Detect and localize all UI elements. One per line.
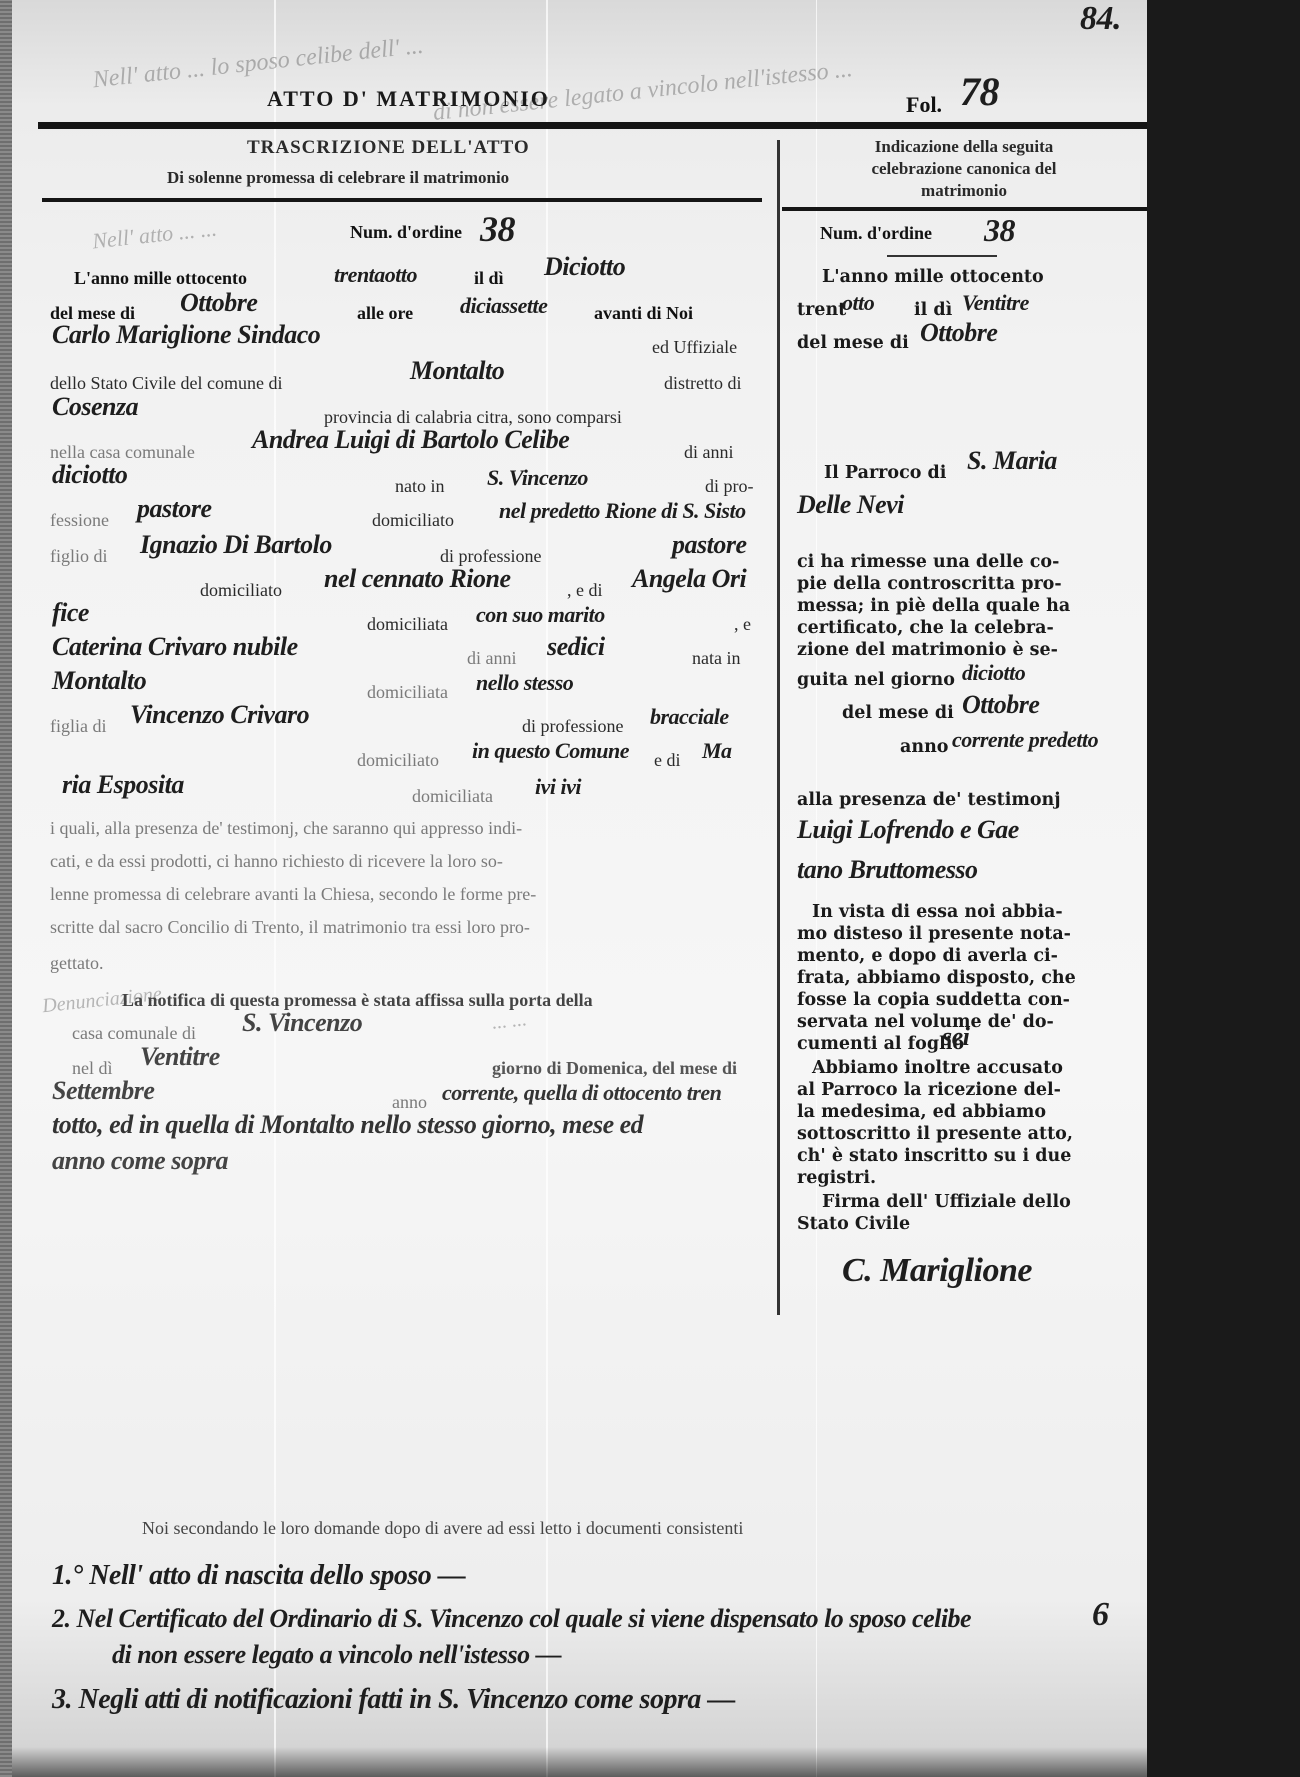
cert-line: guita nel giorno	[797, 670, 955, 690]
hand-notifica-month: Settembre	[52, 1076, 154, 1106]
hand-year: trentaotto	[334, 262, 417, 288]
hand-notifica-year: corrente, quella di ottocento tren	[442, 1080, 721, 1106]
right-heading-line: matrimonio	[794, 180, 1134, 202]
right-year-label: L'anno mille ottocento	[822, 267, 1044, 287]
folio-label: Fol.	[906, 92, 942, 118]
hand-bride-mother-domicile: ivi ivi	[535, 774, 581, 800]
printed-profession-end: fessione	[50, 510, 109, 531]
printed-bride-born-label: nata in	[692, 648, 740, 669]
paragraph-line: gettato.	[50, 953, 103, 974]
cert-line: ci ha rimesse una delle co-	[797, 552, 1059, 572]
printed-commune-label: dello Stato Civile del comune di	[50, 373, 282, 394]
num-ordine-label: Num. d'ordine	[350, 222, 462, 243]
hand-celebration-year: corrente predetto	[952, 727, 1098, 753]
paragraph-line: scritte dal sacro Concilio di Trento, il…	[50, 917, 530, 938]
cert-line: certificato, che la celebra-	[797, 618, 1054, 638]
vista-line: fosse la copia suddetta con-	[797, 990, 1070, 1010]
hand-groom-age: diciotto	[52, 460, 127, 490]
hand-groom-name: Andrea Luigi di Bartolo Celibe	[252, 425, 569, 455]
paragraph-line: cati, e da essi prodotti, ci hanno richi…	[50, 851, 503, 872]
printed-son-of-label: figlio di	[50, 546, 108, 567]
hand-bride-mother-start: Ma	[702, 738, 732, 764]
printed-daughter-of-label: figlia di	[50, 716, 107, 737]
right-num-ordine-label: Num. d'ordine	[820, 223, 932, 244]
firma-label: Firma dell' Uffiziale dello	[822, 1192, 1071, 1212]
column-divider	[777, 140, 780, 1315]
scan-left-edge	[0, 0, 12, 1777]
hand-right-month: Ottobre	[920, 318, 997, 348]
printed-born-label: nato in	[395, 476, 445, 497]
hand-father-domicile: nel cennato Rione	[324, 564, 511, 594]
footer-document-item: 3. Negli atti di notificazioni fatti in …	[52, 1684, 735, 1716]
header-rule	[38, 122, 1147, 129]
printed-age-label: di anni	[684, 442, 734, 463]
hand-celebration-day: diciotto	[962, 660, 1025, 686]
document-page: Nell' atto ... lo sposo celibe dell' ...…	[12, 0, 1147, 1777]
hand-bride-father: Vincenzo Crivaro	[130, 700, 309, 730]
right-heading-line: Indicazione della seguita	[794, 136, 1134, 158]
scan-bottom-shadow	[12, 1747, 1147, 1777]
hand-mother-domicile: con suo marito	[476, 602, 605, 628]
footer-item-tail: 6	[1092, 1596, 1109, 1634]
printed-father-domicile-label: domiciliato	[200, 580, 282, 601]
hand-right-year: otto	[842, 290, 874, 316]
paragraph-line: lenne promessa di celebrare avanti la Ch…	[50, 884, 536, 905]
printed-day-label: il dì	[474, 268, 504, 289]
official-signature: C. Mariglione	[842, 1252, 1032, 1290]
vista-line: cumenti al foglio	[797, 1034, 964, 1054]
accusato-line: ch' è stato inscritto su i due	[797, 1146, 1071, 1166]
hand-hour: diciassette	[460, 293, 547, 319]
printed-mother-domicile-label: domiciliata	[367, 614, 448, 635]
document-title: ATTO D' MATRIMONIO	[267, 86, 550, 112]
hand-commune: Montalto	[410, 356, 504, 386]
vista-line: frata, abbiamo disposto, che	[797, 968, 1076, 988]
right-heading-line: celebrazione canonica del	[794, 158, 1134, 180]
hand-parish: S. Maria	[967, 446, 1057, 476]
right-year-label-2: trent	[797, 300, 846, 320]
hand-witnesses-2: tano Bruttomesso	[797, 855, 978, 885]
vista-line: mento, e dopo di averla ci-	[797, 946, 1058, 966]
hand-bride-age: sedici	[547, 632, 605, 662]
vista-line: In vista di essa noi abbia-	[812, 902, 1063, 922]
right-num-ordine-value: 38	[984, 212, 1015, 249]
hand-witnesses-1: Luigi Lofrendo e Gae	[797, 815, 1019, 845]
accusato-line: Abbiamo inoltre accusato	[812, 1058, 1063, 1078]
hand-groom-father: Ignazio Di Bartolo	[140, 530, 332, 560]
printed-domicile-label: domiciliato	[372, 510, 454, 531]
hand-district: Cosenza	[52, 392, 138, 422]
folio-number: 78	[960, 68, 999, 115]
cert-line: messa; in piè della quale ha	[797, 596, 1070, 616]
hand-day: Diciotto	[544, 252, 625, 282]
celebration-month-label: del mese di	[842, 703, 954, 723]
parroco-label: Il Parroco di	[824, 463, 946, 483]
right-day-label: il dì	[914, 300, 952, 320]
notifica-commune-label: casa comunale di	[72, 1023, 196, 1044]
right-short-rule	[887, 255, 997, 257]
hand-notifica-commune: S. Vincenzo	[242, 1008, 362, 1038]
hand-groom-domicile: nel predetto Rione di S. Sisto	[499, 498, 746, 524]
notifica-sunday-label: giorno di Domenica, del mese di	[492, 1058, 737, 1079]
hand-bride-father-domicile: in questo Comune	[472, 738, 629, 764]
scan-artifact-line	[816, 0, 817, 1777]
printed-bride-and-of-label: e di	[654, 750, 681, 771]
printed-and-of-label: , e di	[567, 580, 603, 601]
hand-officer-name: Carlo Mariglione Sindaco	[52, 320, 320, 350]
footer-document-item: 2. Nel Certificato del Ordinario di S. V…	[52, 1604, 971, 1634]
hand-bride-domicile: nello stesso	[476, 670, 573, 696]
left-heading-transcription: TRASCRIZIONE DELL'ATTO	[247, 137, 530, 159]
printed-bride-mother-domicile-label: domiciliata	[412, 786, 493, 807]
accusato-line: la medesima, ed abbiamo	[797, 1102, 1046, 1122]
hand-bride-birthplace: Montalto	[52, 666, 146, 696]
cert-line: zione del matrimonio è se-	[797, 640, 1058, 660]
hand-notifica-end: anno come sopra	[52, 1146, 228, 1176]
hand-parish-2: Delle Nevi	[797, 490, 904, 520]
printed-bride-age-label: di anni	[467, 648, 517, 669]
right-heading-rule	[782, 207, 1147, 211]
left-heading-subtitle: Di solenne promessa di celebrare il matr…	[167, 168, 509, 188]
printed-officer-label: ed Uffiziale	[652, 337, 737, 358]
hand-month: Ottobre	[180, 288, 257, 318]
printed-hour-label: alle ore	[357, 303, 413, 324]
accusato-line: sottoscritto il presente atto,	[797, 1124, 1073, 1144]
right-month-label: del mese di	[797, 333, 909, 353]
printed-district-label: distretto di	[664, 373, 742, 394]
hand-groom-profession: pastore	[137, 494, 212, 524]
hand-groom-mother-cont: fice	[52, 598, 89, 628]
printed-year-label: L'anno mille ottocento	[74, 268, 247, 289]
hand-right-day: Ventitre	[962, 290, 1029, 316]
hand-father-profession: pastore	[672, 530, 747, 560]
left-heading-rule	[42, 198, 762, 202]
cert-line: pie della controscritta pro-	[797, 574, 1062, 594]
printed-bride-father-profession-label: di professione	[522, 716, 623, 737]
hand-groom-birthplace: S. Vincenzo	[487, 465, 588, 491]
printed-bride-father-domicile-label: domiciliato	[357, 750, 439, 771]
vista-line: servata nel volume de' do-	[797, 1012, 1054, 1032]
footer-printed-line: Noi secondando le loro domande dopo di a…	[142, 1518, 743, 1539]
hand-celebration-month: Ottobre	[962, 690, 1039, 720]
hand-bride-father-profession: bracciale	[650, 704, 729, 730]
printed-and-label: , e	[734, 614, 751, 635]
printed-before-label: avanti di Noi	[594, 303, 693, 324]
bleed-through-text: Nell' atto ... ...	[91, 216, 218, 255]
accusato-line: registri.	[797, 1168, 876, 1188]
celebration-year-label: anno	[900, 737, 948, 757]
hand-bride-name: Caterina Crivaro nubile	[52, 632, 298, 662]
num-ordine-value: 38	[480, 208, 515, 250]
footer-document-item: 1.° Nell' atto di nascita dello sposo —	[52, 1560, 465, 1592]
paragraph-line: i quali, alla presenza de' testimonj, ch…	[50, 818, 522, 839]
witnesses-label: alla presenza de' testimonj	[797, 790, 1061, 810]
printed-bride-domicile-label: domiciliata	[367, 682, 448, 703]
page-corner-number: 84.	[1080, 0, 1121, 38]
hand-notifica-cont: totto, ed in quella di Montalto nello st…	[52, 1110, 643, 1140]
footer-document-item: di non essere legato a vincolo nell'iste…	[112, 1640, 561, 1670]
right-heading: Indicazione della seguita celebrazione c…	[794, 136, 1134, 202]
hand-bride-mother: ria Esposita	[62, 770, 184, 800]
hand-notifica-day: Ventitre	[140, 1042, 220, 1072]
hand-folio-sheet: sei	[942, 1022, 969, 1052]
printed-profession-start: di pro-	[705, 476, 754, 497]
firma-label-2: Stato Civile	[797, 1214, 910, 1234]
bleed-through-text: ... ...	[491, 1008, 528, 1035]
vista-line: mo disteso il presente nota-	[797, 924, 1071, 944]
accusato-line: al Parroco la ricezione del-	[797, 1080, 1061, 1100]
hand-groom-mother: Angela Ori	[632, 564, 746, 594]
